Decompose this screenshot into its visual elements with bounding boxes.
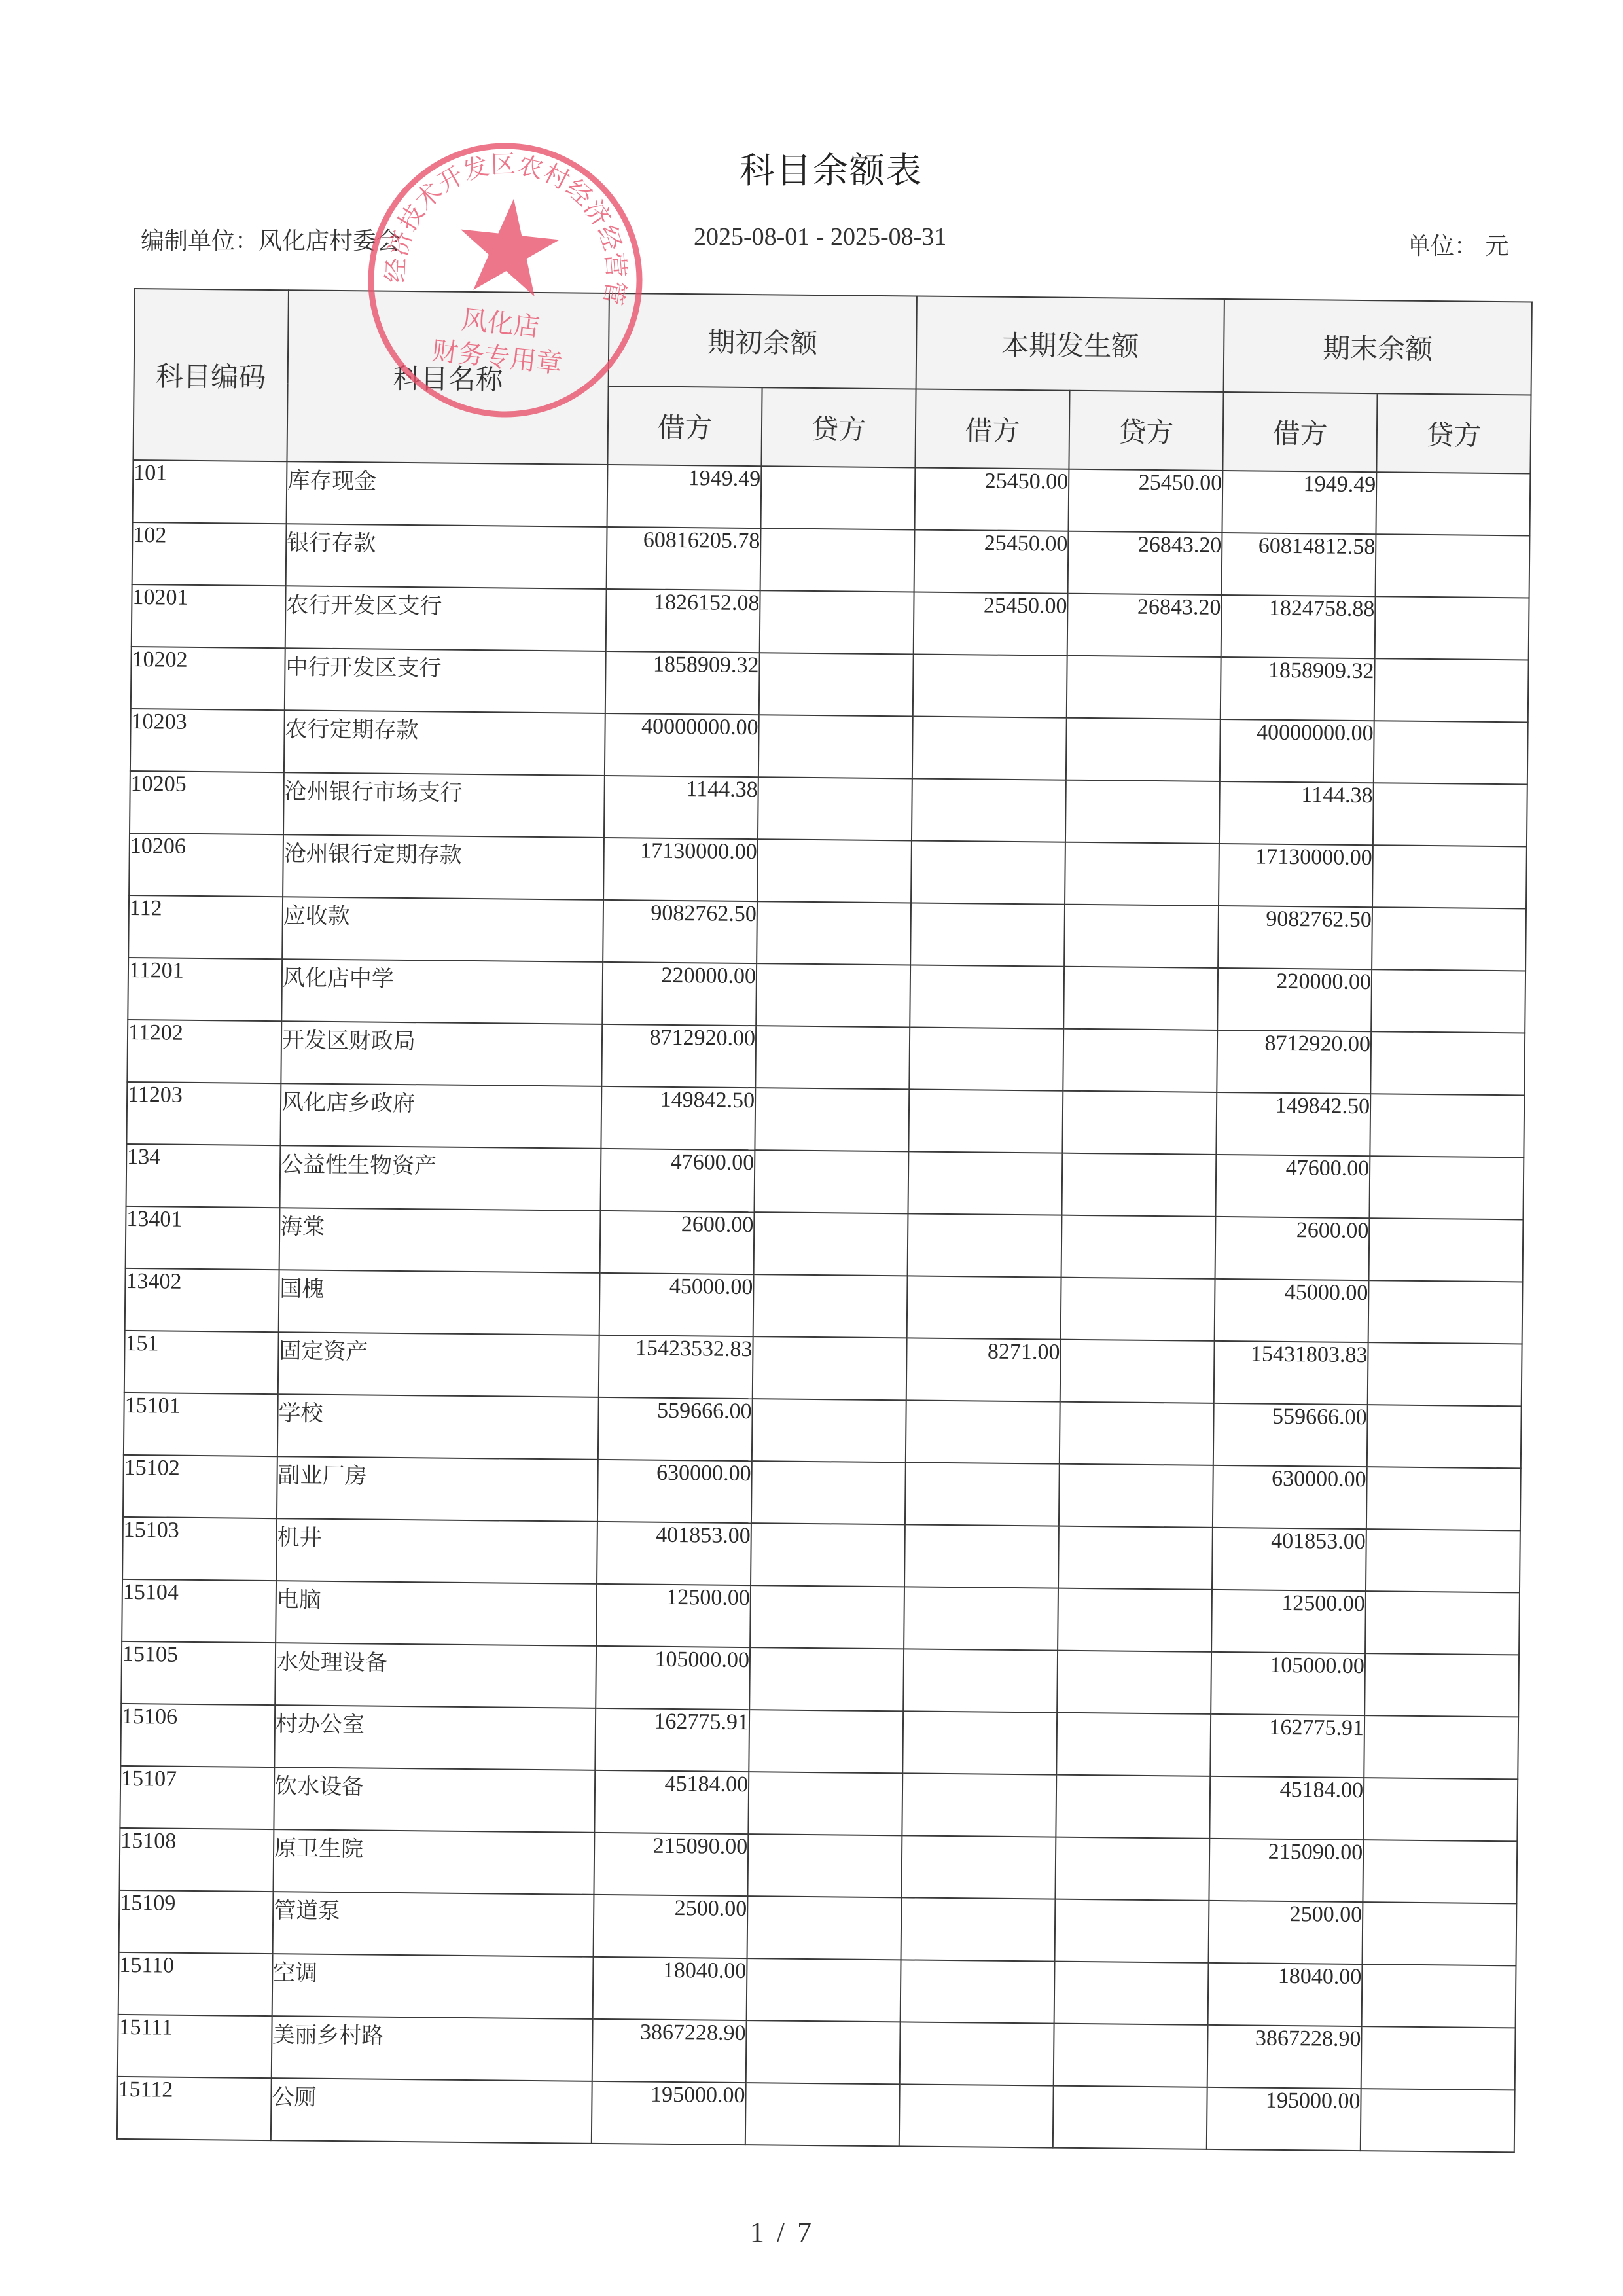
opening-credit-cell	[753, 1336, 907, 1400]
closing-debit-cell: 1144.38	[1219, 781, 1374, 845]
closing-credit-cell	[1368, 1342, 1522, 1406]
period-credit-cell	[1061, 1153, 1216, 1217]
closing-credit-cell	[1364, 1715, 1518, 1779]
account-code-cell: 15102	[123, 1455, 277, 1518]
opening-debit-cell: 220000.00	[602, 962, 757, 1026]
closing-credit-cell	[1373, 783, 1527, 846]
account-code-cell: 10201	[132, 584, 286, 648]
period-debit-cell	[904, 1587, 1058, 1650]
period-credit-cell	[1058, 1526, 1213, 1590]
header-closing-credit: 贷方	[1376, 393, 1531, 473]
account-name-cell: 风化店中学	[281, 959, 603, 1024]
header-period-debit: 借方	[915, 389, 1069, 469]
header-period-credit: 贷方	[1069, 391, 1223, 471]
account-name-cell: 国槐	[279, 1270, 600, 1335]
account-code-cell: 11201	[128, 958, 282, 1021]
report-period: 2025-08-01 - 2025-08-31	[694, 223, 946, 251]
table-header: 科目编码 科目名称 期初余额 本期发生额 期末余额 借方 贷方 借方 贷方 借方…	[133, 289, 1531, 473]
closing-debit-cell: 105000.00	[1211, 1652, 1365, 1715]
closing-debit-cell: 1949.49	[1222, 471, 1377, 534]
period-debit-cell	[913, 654, 1067, 717]
account-name-cell: 水处理设备	[275, 1643, 596, 1708]
period-debit-cell	[905, 1462, 1060, 1526]
closing-debit-cell: 17130000.00	[1219, 844, 1373, 907]
account-code-cell: 151	[124, 1331, 279, 1394]
opening-credit-cell	[749, 1647, 904, 1711]
closing-credit-cell	[1361, 2089, 1515, 2152]
closing-credit-cell	[1361, 2026, 1516, 2090]
compiling-unit: 编制单位：风化店村委会	[141, 223, 400, 256]
closing-debit-cell: 8712920.00	[1217, 1030, 1371, 1094]
period-credit-cell	[1059, 1464, 1213, 1528]
account-name-cell: 机井	[276, 1518, 597, 1584]
opening-debit-cell: 45184.00	[594, 1770, 749, 1834]
closing-debit-cell: 2500.00	[1209, 1901, 1363, 1964]
closing-debit-cell: 15431803.83	[1214, 1341, 1368, 1405]
opening-debit-cell: 12500.00	[596, 1584, 751, 1647]
header-opening-balance: 期初余额	[609, 293, 917, 389]
opening-debit-cell: 40000000.00	[605, 713, 759, 777]
period-debit-cell	[901, 1960, 1055, 2023]
header-closing-balance: 期末余额	[1224, 299, 1532, 395]
account-code-cell: 15108	[120, 1828, 274, 1892]
opening-credit-cell	[758, 777, 912, 840]
opening-debit-cell: 105000.00	[596, 1646, 750, 1710]
period-credit-cell	[1061, 1278, 1215, 1341]
closing-credit-cell	[1369, 1156, 1524, 1219]
closing-credit-cell	[1376, 534, 1530, 598]
opening-credit-cell	[757, 839, 912, 903]
closing-debit-cell: 60814812.58	[1222, 533, 1376, 596]
closing-debit-cell: 559666.00	[1213, 1403, 1368, 1467]
account-code-cell: 15107	[120, 1766, 274, 1829]
closing-debit-cell: 1824758.88	[1221, 595, 1376, 658]
account-name-cell: 原卫生院	[273, 1829, 594, 1895]
opening-debit-cell: 2600.00	[600, 1211, 755, 1274]
period-credit-cell	[1057, 1651, 1211, 1714]
account-name-cell: 固定资产	[278, 1332, 599, 1397]
period-credit-cell	[1053, 2086, 1207, 2149]
account-name-cell: 海棠	[279, 1208, 601, 1273]
account-name-cell: 空调	[272, 1954, 594, 2019]
opening-debit-cell: 195000.00	[592, 2081, 746, 2145]
opening-credit-cell	[760, 528, 915, 592]
opening-credit-cell	[751, 1461, 906, 1524]
period-credit-cell	[1065, 842, 1219, 906]
opening-debit-cell: 47600.00	[600, 1149, 755, 1212]
period-debit-cell	[911, 840, 1065, 904]
period-debit-cell: 8271.00	[906, 1338, 1061, 1401]
period-debit-cell	[899, 2084, 1054, 2147]
period-debit-cell	[904, 1524, 1059, 1588]
period-debit-cell	[901, 1897, 1056, 1961]
closing-debit-cell: 1858909.32	[1221, 657, 1375, 721]
header-opening-debit: 借方	[607, 386, 762, 466]
period-credit-cell	[1054, 1962, 1209, 2025]
currency-unit: 单位： 元	[1407, 228, 1508, 261]
account-code-cell: 15101	[124, 1393, 278, 1456]
opening-credit-cell	[750, 1585, 904, 1649]
period-credit-cell	[1060, 1402, 1214, 1465]
opening-debit-cell: 1826152.08	[606, 589, 760, 653]
account-name-cell: 公益性生物资产	[280, 1145, 601, 1211]
closing-debit-cell: 195000.00	[1207, 2087, 1361, 2151]
opening-credit-cell	[745, 2083, 900, 2146]
account-balance-table: 科目编码 科目名称 期初余额 本期发生额 期末余额 借方 贷方 借方 贷方 借方…	[116, 288, 1533, 2153]
account-code-cell: 15111	[118, 2015, 272, 2078]
closing-credit-cell	[1370, 1094, 1524, 1157]
star-icon	[454, 194, 563, 298]
period-debit-cell	[900, 2022, 1054, 2085]
opening-credit-cell	[756, 963, 910, 1027]
report-title: 科目余额表	[0, 143, 1623, 193]
opening-credit-cell	[752, 1399, 906, 1462]
opening-credit-cell	[758, 715, 913, 778]
account-name-cell: 开发区财政局	[281, 1021, 602, 1086]
closing-credit-cell	[1363, 1840, 1517, 1903]
closing-debit-cell: 18040.00	[1208, 1963, 1363, 2026]
page-indicator: 1 / 7	[0, 2215, 1564, 2249]
opening-credit-cell	[757, 901, 911, 965]
account-code-cell: 10206	[129, 833, 283, 897]
account-name-cell: 公厕	[271, 2078, 592, 2144]
opening-debit-cell: 15423532.83	[599, 1335, 753, 1399]
account-code-cell: 112	[128, 895, 283, 959]
account-code-cell: 13401	[126, 1206, 280, 1270]
opening-credit-cell	[755, 1088, 909, 1151]
opening-debit-cell: 162775.91	[595, 1708, 749, 1772]
account-code-cell: 15105	[121, 1641, 276, 1705]
header-opening-credit: 贷方	[761, 387, 916, 467]
closing-debit-cell: 401853.00	[1212, 1528, 1366, 1591]
opening-debit-cell: 60816205.78	[607, 527, 761, 590]
closing-credit-cell	[1367, 1405, 1522, 1468]
period-debit-cell	[909, 1027, 1063, 1090]
closing-debit-cell: 220000.00	[1217, 968, 1372, 1031]
closing-credit-cell	[1364, 1653, 1519, 1717]
account-code-cell: 101	[133, 460, 287, 524]
closing-credit-cell	[1372, 845, 1527, 908]
period-credit-cell	[1062, 1091, 1217, 1155]
period-credit-cell	[1065, 780, 1220, 844]
account-name-cell: 副业厂房	[277, 1456, 598, 1522]
closing-debit-cell: 215090.00	[1209, 1839, 1363, 1902]
account-code-cell: 15109	[119, 1890, 274, 1954]
opening-credit-cell	[747, 1958, 901, 2022]
period-credit-cell	[1058, 1588, 1212, 1652]
closing-debit-cell: 45184.00	[1209, 1776, 1364, 1840]
period-debit-cell	[908, 1213, 1062, 1277]
closing-credit-cell	[1369, 1218, 1524, 1282]
opening-credit-cell	[751, 1523, 905, 1587]
opening-debit-cell: 630000.00	[597, 1460, 752, 1523]
closing-credit-cell	[1376, 472, 1531, 535]
account-code-cell: 134	[126, 1144, 281, 1208]
account-name-cell: 学校	[277, 1394, 599, 1460]
period-credit-cell	[1067, 656, 1221, 719]
closing-credit-cell	[1363, 1902, 1517, 1965]
period-credit-cell	[1066, 718, 1221, 781]
account-code-cell: 15106	[120, 1704, 275, 1767]
closing-credit-cell	[1363, 1778, 1518, 1841]
period-debit-cell	[902, 1773, 1056, 1837]
header-account-code: 科目编码	[133, 289, 289, 461]
opening-debit-cell: 18040.00	[593, 1957, 747, 2020]
closing-credit-cell	[1366, 1467, 1521, 1530]
opening-credit-cell	[753, 1274, 908, 1338]
period-debit-cell	[906, 1400, 1060, 1463]
closing-debit-cell: 47600.00	[1215, 1155, 1370, 1218]
account-name-cell: 饮水设备	[274, 1767, 595, 1833]
period-credit-cell	[1054, 2024, 1208, 2087]
closing-debit-cell: 2600.00	[1215, 1217, 1370, 1280]
opening-debit-cell: 17130000.00	[603, 838, 758, 901]
opening-credit-cell	[748, 1772, 902, 1835]
period-debit-cell	[910, 903, 1065, 966]
period-debit-cell	[912, 778, 1066, 842]
opening-credit-cell	[755, 1026, 910, 1089]
closing-credit-cell	[1370, 1031, 1525, 1095]
account-code-cell: 10202	[131, 647, 285, 710]
opening-debit-cell: 215090.00	[594, 1833, 748, 1896]
closing-debit-cell: 3867228.90	[1207, 2025, 1362, 2089]
opening-credit-cell	[747, 1896, 902, 1960]
period-credit-cell	[1061, 1215, 1216, 1279]
opening-debit-cell: 1949.49	[607, 465, 762, 528]
closing-credit-cell	[1366, 1529, 1520, 1592]
account-code-cell: 15104	[122, 1579, 276, 1643]
account-name-cell: 农行定期存款	[284, 710, 605, 776]
period-debit-cell	[908, 1089, 1063, 1153]
opening-debit-cell: 9082762.50	[603, 900, 757, 963]
header-account-name: 科目名称	[287, 290, 609, 465]
opening-credit-cell	[760, 590, 914, 654]
closing-credit-cell	[1372, 907, 1526, 971]
closing-credit-cell	[1374, 721, 1528, 784]
opening-credit-cell	[759, 653, 914, 716]
account-name-cell: 中行开发区支行	[285, 648, 606, 713]
closing-debit-cell: 630000.00	[1213, 1465, 1367, 1529]
opening-credit-cell	[746, 2020, 901, 2084]
opening-debit-cell: 3867228.90	[592, 2019, 747, 2083]
opening-debit-cell: 1144.38	[604, 776, 758, 839]
closing-credit-cell	[1365, 1591, 1520, 1655]
closing-credit-cell	[1374, 658, 1529, 722]
account-code-cell: 102	[132, 522, 287, 586]
closing-debit-cell: 40000000.00	[1220, 719, 1374, 783]
account-code-cell: 11203	[126, 1082, 281, 1145]
opening-debit-cell: 401853.00	[597, 1522, 751, 1585]
opening-credit-cell	[754, 1150, 908, 1213]
period-debit-cell	[901, 1835, 1056, 1899]
period-credit-cell	[1063, 1029, 1217, 1092]
period-debit-cell: 25450.00	[915, 467, 1069, 531]
account-code-cell: 13402	[125, 1268, 279, 1332]
opening-debit-cell: 149842.50	[601, 1086, 755, 1150]
closing-credit-cell	[1362, 1964, 1516, 2028]
period-credit-cell	[1056, 1713, 1211, 1776]
account-name-cell: 管道泵	[273, 1892, 594, 1957]
table-body: 101库存现金1949.4925450.0025450.001949.49102…	[117, 460, 1531, 2152]
closing-debit-cell: 45000.00	[1215, 1279, 1369, 1342]
period-credit-cell	[1056, 1775, 1210, 1839]
table-row: 15112公厕195000.00195000.00	[117, 2077, 1515, 2152]
account-code-cell: 15110	[118, 1952, 273, 2016]
opening-debit-cell: 2500.00	[594, 1895, 748, 1958]
account-name-cell: 沧州银行定期存款	[283, 834, 604, 900]
opening-debit-cell: 1858909.32	[605, 651, 760, 715]
account-name-cell: 村办公室	[274, 1705, 596, 1770]
closing-credit-cell	[1375, 596, 1529, 660]
opening-credit-cell	[749, 1710, 903, 1773]
account-code-cell: 15112	[117, 2077, 272, 2140]
closing-debit-cell: 12500.00	[1211, 1590, 1366, 1653]
account-name-cell: 应收款	[282, 897, 603, 962]
period-credit-cell	[1063, 967, 1218, 1030]
period-credit-cell	[1055, 1837, 1209, 1901]
closing-debit-cell: 149842.50	[1216, 1092, 1370, 1156]
closing-debit-cell: 162775.91	[1210, 1714, 1364, 1778]
account-code-cell: 11202	[127, 1020, 281, 1083]
period-credit-cell	[1064, 905, 1219, 968]
period-debit-cell	[907, 1276, 1061, 1339]
closing-credit-cell	[1368, 1280, 1523, 1344]
opening-credit-cell	[761, 466, 916, 529]
period-debit-cell	[902, 1711, 1057, 1774]
opening-debit-cell: 559666.00	[598, 1397, 753, 1461]
opening-credit-cell	[754, 1212, 908, 1276]
period-credit-cell: 26843.20	[1068, 531, 1222, 595]
account-name-cell: 电脑	[276, 1581, 597, 1646]
period-debit-cell	[910, 965, 1064, 1028]
account-name-cell: 沧州银行市场支行	[283, 772, 605, 838]
period-debit-cell	[908, 1151, 1062, 1215]
account-name-cell: 风化店乡政府	[280, 1083, 601, 1149]
account-name-cell: 银行存款	[286, 524, 607, 589]
header-closing-debit: 借方	[1222, 392, 1377, 472]
account-name-cell: 农行开发区支行	[285, 586, 607, 651]
closing-debit-cell: 9082762.50	[1218, 906, 1372, 969]
period-credit-cell	[1055, 1899, 1209, 1963]
header-period-amount: 本期发生额	[916, 296, 1224, 392]
account-code-cell: 15103	[122, 1517, 277, 1581]
period-debit-cell: 25450.00	[914, 529, 1069, 593]
opening-credit-cell	[747, 1834, 902, 1897]
account-name-cell: 库存现金	[287, 461, 608, 527]
period-credit-cell: 26843.20	[1067, 594, 1222, 657]
closing-credit-cell	[1371, 969, 1525, 1033]
opening-debit-cell: 8712920.00	[601, 1024, 756, 1088]
period-debit-cell	[912, 716, 1067, 780]
account-name-cell: 美丽乡村路	[272, 2016, 593, 2081]
period-credit-cell	[1060, 1340, 1215, 1403]
period-debit-cell: 25450.00	[914, 592, 1068, 655]
period-debit-cell	[903, 1649, 1058, 1712]
opening-debit-cell: 45000.00	[599, 1273, 754, 1336]
account-code-cell: 10205	[130, 771, 284, 834]
account-code-cell: 10203	[130, 709, 285, 772]
period-credit-cell: 25450.00	[1069, 469, 1223, 533]
